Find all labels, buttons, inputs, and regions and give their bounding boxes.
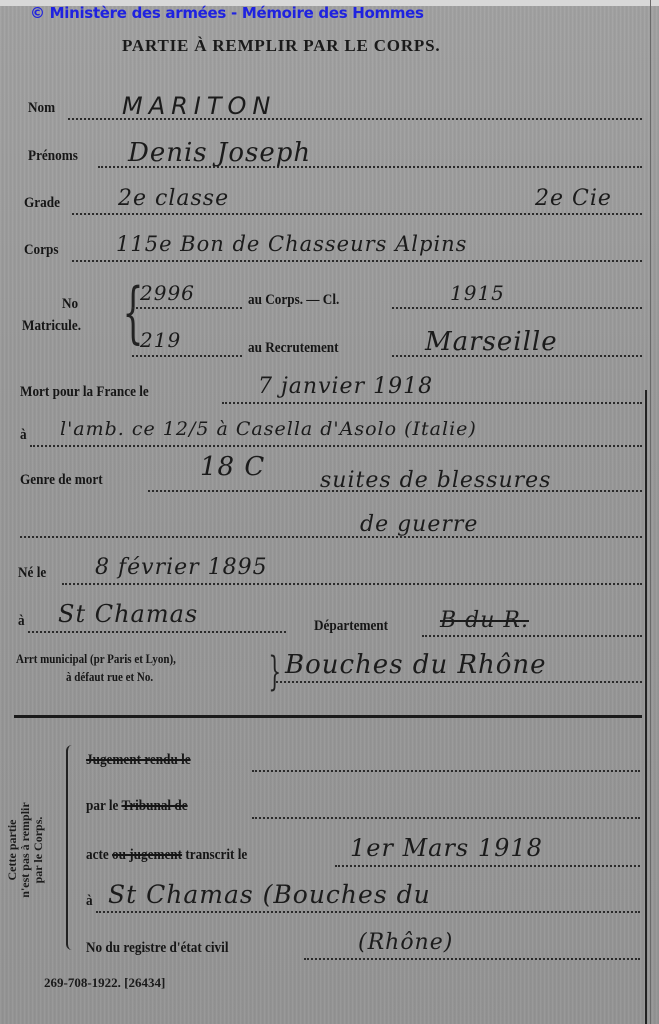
- registre-label: No du registre d'état civil: [86, 940, 229, 957]
- naissance-label: Né le: [18, 565, 46, 582]
- acte-label: acte ou jugement transcrit le: [86, 847, 247, 864]
- departement-label: Département: [314, 618, 388, 635]
- scanned-document: © Ministère des armées - Mémoire des Hom…: [0, 0, 659, 1024]
- prenoms-value: Denis Joseph: [128, 138, 311, 168]
- grade-value: 2e classe: [118, 186, 229, 211]
- lieu-naissance-dotted-line: [28, 631, 286, 633]
- transcrit-lieu-dotted-line: [96, 911, 640, 913]
- classe-value: 1915: [450, 281, 505, 305]
- mort-label: Mort pour la France le: [20, 384, 149, 401]
- side-note-line-3: par le Corps.: [32, 755, 45, 945]
- transcrit-lieu-label: à: [86, 893, 93, 910]
- acte-suffix: transcrit le: [182, 847, 247, 863]
- genre-mort-dotted-line-2: [20, 536, 642, 538]
- arrondissement-value: Bouches du Rhône: [285, 650, 547, 680]
- genre-mort-label: Genre de mort: [20, 472, 103, 489]
- matricule-label-no: No: [62, 296, 78, 313]
- genre-mort-value: suites de blessures: [320, 468, 551, 493]
- corps-number-dotted-line: [132, 307, 242, 309]
- transcrit-value: 1er Mars 1918: [350, 834, 543, 862]
- copyright-watermark: © Ministère des armées - Mémoire des Hom…: [30, 4, 424, 22]
- recrutement-value: Marseille: [425, 327, 558, 357]
- form-header: PARTIE À REMPLIR PAR LE CORPS.: [122, 36, 440, 56]
- transcrit-dotted-line: [335, 865, 640, 867]
- side-note: Cette partie n'est pas à remplir par le …: [6, 755, 45, 945]
- nom-label: Nom: [28, 100, 55, 117]
- section-separator: [14, 715, 642, 718]
- recrutement-number-value: 219: [140, 328, 181, 352]
- lieu-mort-label: à: [20, 427, 27, 444]
- matricule-label: Matricule.: [22, 318, 81, 335]
- naissance-dotted-line: [62, 583, 642, 585]
- mort-dotted-line: [222, 402, 642, 404]
- transcrit-lieu-value: St Chamas (Bouches du: [108, 880, 431, 909]
- corps-dotted-line: [72, 260, 642, 262]
- corps-value: 115e Bon de Chasseurs Alpins: [116, 232, 467, 256]
- corps-number-value: 2996: [140, 281, 195, 305]
- scan-edge-line: [650, 0, 651, 1024]
- right-border-line: [645, 390, 647, 1024]
- arrondissement-brace: }: [268, 652, 281, 692]
- departement-struck-value: B du R.: [440, 608, 529, 633]
- genre-mort-value-2: de guerre: [360, 512, 478, 537]
- print-reference: 269-708-1922. [26434]: [44, 975, 165, 991]
- registre-value: (Rhône): [358, 930, 453, 955]
- naissance-value: 8 février 1895: [95, 555, 268, 580]
- corps-label: Corps: [24, 242, 58, 259]
- lieu-mort-value: l'amb. ce 12/5 à Casella d'Asolo (Italie…: [60, 418, 477, 440]
- tribunal-dotted-line: [252, 817, 640, 819]
- recrutement-number-dotted-line: [132, 355, 242, 357]
- compagnie-value: 2e Cie: [535, 186, 612, 211]
- nom-value: MARITON: [122, 92, 276, 120]
- tribunal-prefix: par le: [86, 798, 121, 814]
- registre-dotted-line: [304, 958, 640, 960]
- au-corps-label: au Corps. — Cl.: [248, 292, 339, 309]
- acte-struck: ou jugement: [112, 847, 182, 863]
- grade-dotted-line: [72, 213, 642, 215]
- au-recrutement-label: au Recrutement: [248, 340, 339, 357]
- acte-prefix: acte: [86, 847, 112, 863]
- arrondissement-label-2: à défaut rue et No.: [66, 670, 153, 685]
- classe-dotted-line: [392, 307, 642, 309]
- jugement-label: Jugement rendu le: [86, 752, 191, 769]
- prenoms-label: Prénoms: [28, 148, 78, 165]
- lieu-naissance-label: à: [18, 613, 25, 630]
- arrondissement-dotted-line: [276, 681, 642, 683]
- mort-value: 7 janvier 1918: [258, 374, 433, 399]
- grade-label: Grade: [24, 195, 60, 212]
- genre-mort-code: 18 C: [200, 452, 265, 482]
- departement-dotted-line: [422, 635, 642, 637]
- lieu-mort-dotted-line: [30, 445, 642, 447]
- side-brace: [66, 745, 74, 950]
- lieu-naissance-value: St Chamas: [58, 600, 198, 628]
- tribunal-struck: Tribunal de: [121, 798, 187, 814]
- arrondissement-label: Arrt municipal (pr Paris et Lyon),: [16, 652, 176, 667]
- jugement-dotted-line: [252, 770, 640, 772]
- tribunal-label: par le Tribunal de: [86, 798, 188, 815]
